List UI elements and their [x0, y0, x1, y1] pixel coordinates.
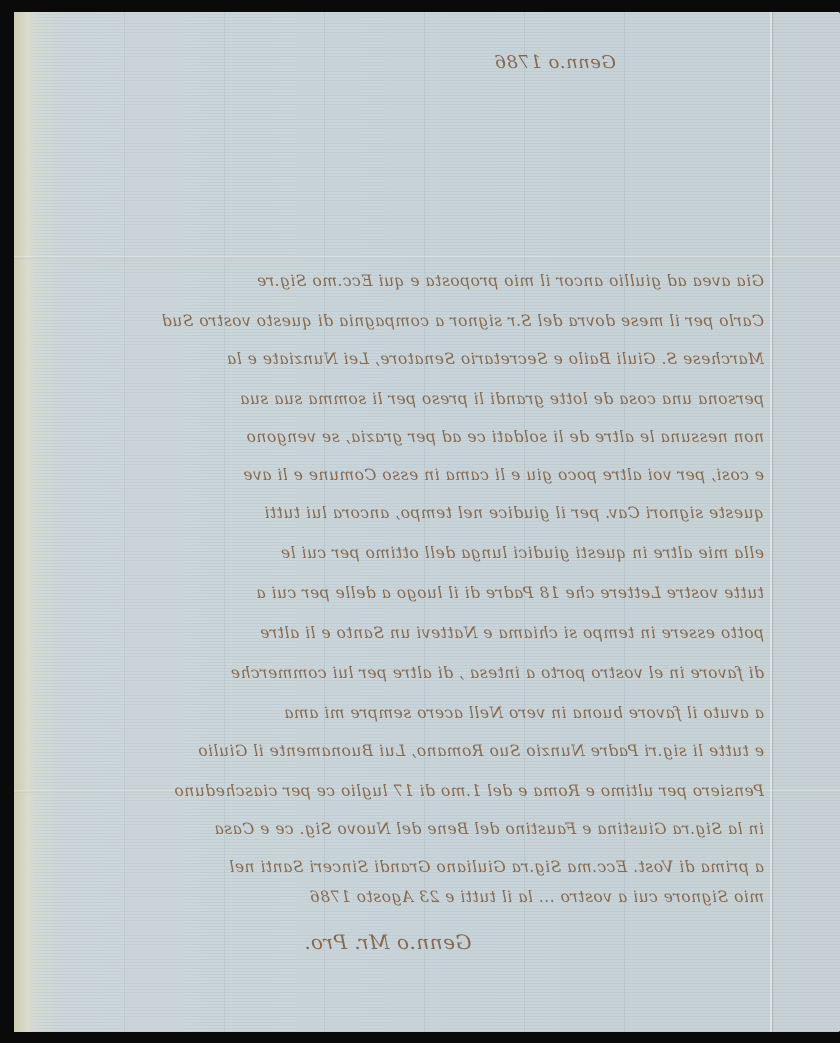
paper-chain-line [224, 12, 225, 1032]
letter-line: tutte vostre Lettere che 18 Padre di il … [44, 584, 764, 602]
letter-line: Gia avea ad giullio ancor il mio propost… [44, 272, 764, 290]
vertical-fold [770, 12, 772, 1032]
letter-line: a prima di Vost. Ecc.ma Sig.ra Giuliano … [44, 858, 764, 876]
paper-chain-line [424, 12, 425, 1032]
letter-line: Pensiero per ultimo e Roma e del 1.mo di… [44, 782, 764, 800]
letter-line: a avuto il favore buona in vero Nell ace… [44, 704, 764, 722]
letter-line: mio Signore cui a vostro ... la il tutti… [44, 888, 764, 906]
paper-chain-line [524, 12, 525, 1032]
letter-line: di favore in el vostro porto a intesa , … [44, 664, 764, 682]
manuscript-page: Genn.o 1786 Gia avea ad giullio ancor il… [14, 12, 840, 1032]
paper-chain-line [124, 12, 125, 1032]
letter-line: e tutte li sig.ri Padre Nunzio Suo Roman… [44, 742, 764, 760]
letter-line: persona una cosa de lotte grandi li pres… [44, 390, 764, 408]
horizontal-fold-upper [14, 256, 840, 259]
letter-line: non nessuna le altre de li soldati ce ad… [44, 428, 764, 446]
letter-line: e cosi, per voi altre poco giu e li cama… [44, 466, 764, 484]
paper-chain-line [324, 12, 325, 1032]
letter-line: potto essere in tempo si chiama e Nattev… [44, 624, 764, 642]
top-note: Genn.o 1786 [494, 52, 616, 73]
paper-edge [14, 12, 36, 1032]
letter-line: ella mie altre in questi giudici lunga d… [44, 544, 764, 562]
paper-chain-line [624, 12, 625, 1032]
letter-line: Marchese S. Giuli Bailo e Secretario Sen… [44, 350, 764, 368]
signature: Genn.o Mr. Pro. [304, 930, 471, 954]
letter-line: Carlo per il mese dovra del S.r signor a… [44, 312, 764, 330]
letter-line: in la Sig.ra Giustina e Faustino del Ben… [44, 820, 764, 838]
letter-line: queste signori Cav. per il giudice nel t… [44, 504, 764, 522]
